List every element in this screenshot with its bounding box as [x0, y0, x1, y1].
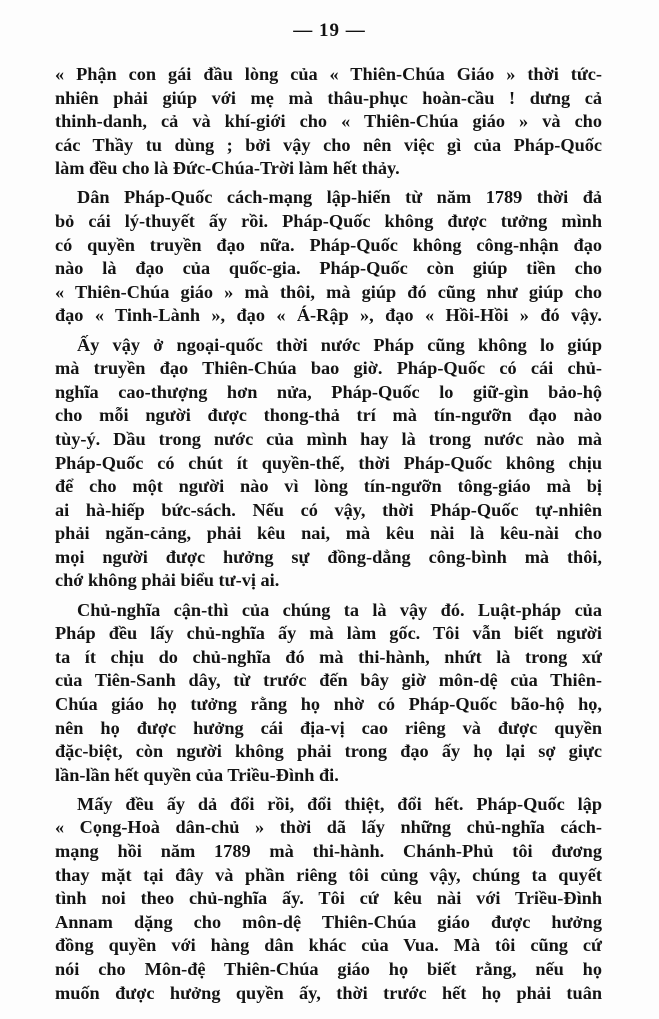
text-line: có quyền truyền đạo nữa. Pháp-Quốc không…: [55, 234, 602, 258]
text-line: đặc-biệt, còn người không phải trong đạo…: [55, 740, 602, 764]
text-line: đạo « Tinh-Lành », đạo « Á-Rập », đạo « …: [55, 304, 602, 328]
text-line: Chủ-nghĩa cận-thì của chúng ta là vậy đó…: [55, 599, 602, 623]
page-number: — 19 —: [0, 20, 659, 42]
text-line: thinh-danh, cả và khí-giới cho « Thiên-C…: [55, 110, 602, 134]
text-line: nên họ được hưởng cái địa-vị cao riêng v…: [55, 717, 602, 741]
book-page: — 19 — « Phận con gái đầu lòng của « Thi…: [0, 0, 659, 1019]
text-line: Pháp đều lấy chủ-nghĩa ấy mà làm gốc. Tô…: [55, 622, 602, 646]
text-line: để cho một người nào vì lòng tín-ngưỡn t…: [55, 475, 602, 499]
text-line: mà truyền đạo Thiên-Chúa bao giờ. Pháp-Q…: [55, 357, 602, 381]
text-line: « Phận con gái đầu lòng của « Thiên-Chúa…: [55, 63, 602, 87]
text-line: Dân Pháp-Quốc cách-mạng lập-hiến từ năm …: [55, 186, 602, 210]
text-line: các Thầy tu dùng ; bởi vậy cho nên việc …: [55, 134, 602, 158]
text-line: Pháp-Quốc có chút ít quyền-thế, thời Phá…: [55, 452, 602, 476]
paragraph-5: Mấy đều ấy dả đổi rồi, đổi thiệt, đổi hế…: [55, 793, 602, 1005]
text-line: của Tiên-Sanh dây, từ trước đến bây giờ …: [55, 669, 602, 693]
body-text: « Phận con gái đầu lòng của « Thiên-Chúa…: [55, 63, 602, 1011]
paragraph-4: Chủ-nghĩa cận-thì của chúng ta là vậy đó…: [55, 599, 602, 788]
text-line: nhiên phải giúp với mẹ mà thâu-phục hoàn…: [55, 87, 602, 111]
text-line: thay mặt tại đây và phần riêng tôi củng …: [55, 864, 602, 888]
text-line: mọi người được hưởng sự đồng-dẳng công-b…: [55, 546, 602, 570]
text-line: lần-lần hết quyền của Triều-Đình đi.: [55, 764, 602, 788]
text-line: nói cho Môn-đệ Thiên-Chúa giáo họ biết r…: [55, 958, 602, 982]
text-line: muốn được hưởng quyền ấy, thời trước hết…: [55, 982, 602, 1006]
text-line: nào là đạo của quốc-gia. Pháp-Quốc còn g…: [55, 257, 602, 281]
text-line: « Cọng-Hoà dân-chủ » thời dã lấy những c…: [55, 816, 602, 840]
text-line: chớ không phải biểu tư-vị ai.: [55, 569, 602, 593]
text-line: ta ít chịu do chủ-nghĩa đó mà thi-hành, …: [55, 646, 602, 670]
text-line: nghĩa cao-thượng hơn nửa, Pháp-Quốc lo g…: [55, 381, 602, 405]
paragraph-2: Dân Pháp-Quốc cách-mạng lập-hiến từ năm …: [55, 186, 602, 328]
paragraph-3: Ấy vậy ở ngoại-quốc thời nước Pháp cũng …: [55, 334, 602, 594]
text-line: Mấy đều ấy dả đổi rồi, đổi thiệt, đổi hế…: [55, 793, 602, 817]
paragraph-1: « Phận con gái đầu lòng của « Thiên-Chúa…: [55, 63, 602, 181]
text-line: tình noi theo chủ-nghĩa ấy. Tôi cứ kêu n…: [55, 887, 602, 911]
text-line: Annam dặng cho môn-dệ Thiên-Chúa giáo đư…: [55, 911, 602, 935]
text-line: Ấy vậy ở ngoại-quốc thời nước Pháp cũng …: [55, 334, 602, 358]
text-line: làm đều cho là Đức-Chúa-Trời làm hết thả…: [55, 157, 602, 181]
text-line: đồng quyền với hàng dân khác của Vua. Mà…: [55, 934, 602, 958]
text-line: cho mỗi người được thong-thả trí mà tín-…: [55, 404, 602, 428]
text-line: mạng hồi năm 1789 mà thi-hành. Chánh-Phủ…: [55, 840, 602, 864]
text-line: tùy-ý. Dầu trong nước của mình hay là tr…: [55, 428, 602, 452]
text-line: Chúa giáo họ tưởng rằng họ nhờ có Pháp-Q…: [55, 693, 602, 717]
text-line: « Thiên-Chúa giáo » mà thôi, mà giúp đó …: [55, 281, 602, 305]
text-line: bỏ cái lý-thuyết ấy rồi. Pháp-Quốc không…: [55, 210, 602, 234]
text-line: phải ngăn-cảng, phải kêu nai, mà kêu nài…: [55, 522, 602, 546]
text-line: ai hà-hiếp bức-sách. Nếu có vậy, thời Ph…: [55, 499, 602, 523]
